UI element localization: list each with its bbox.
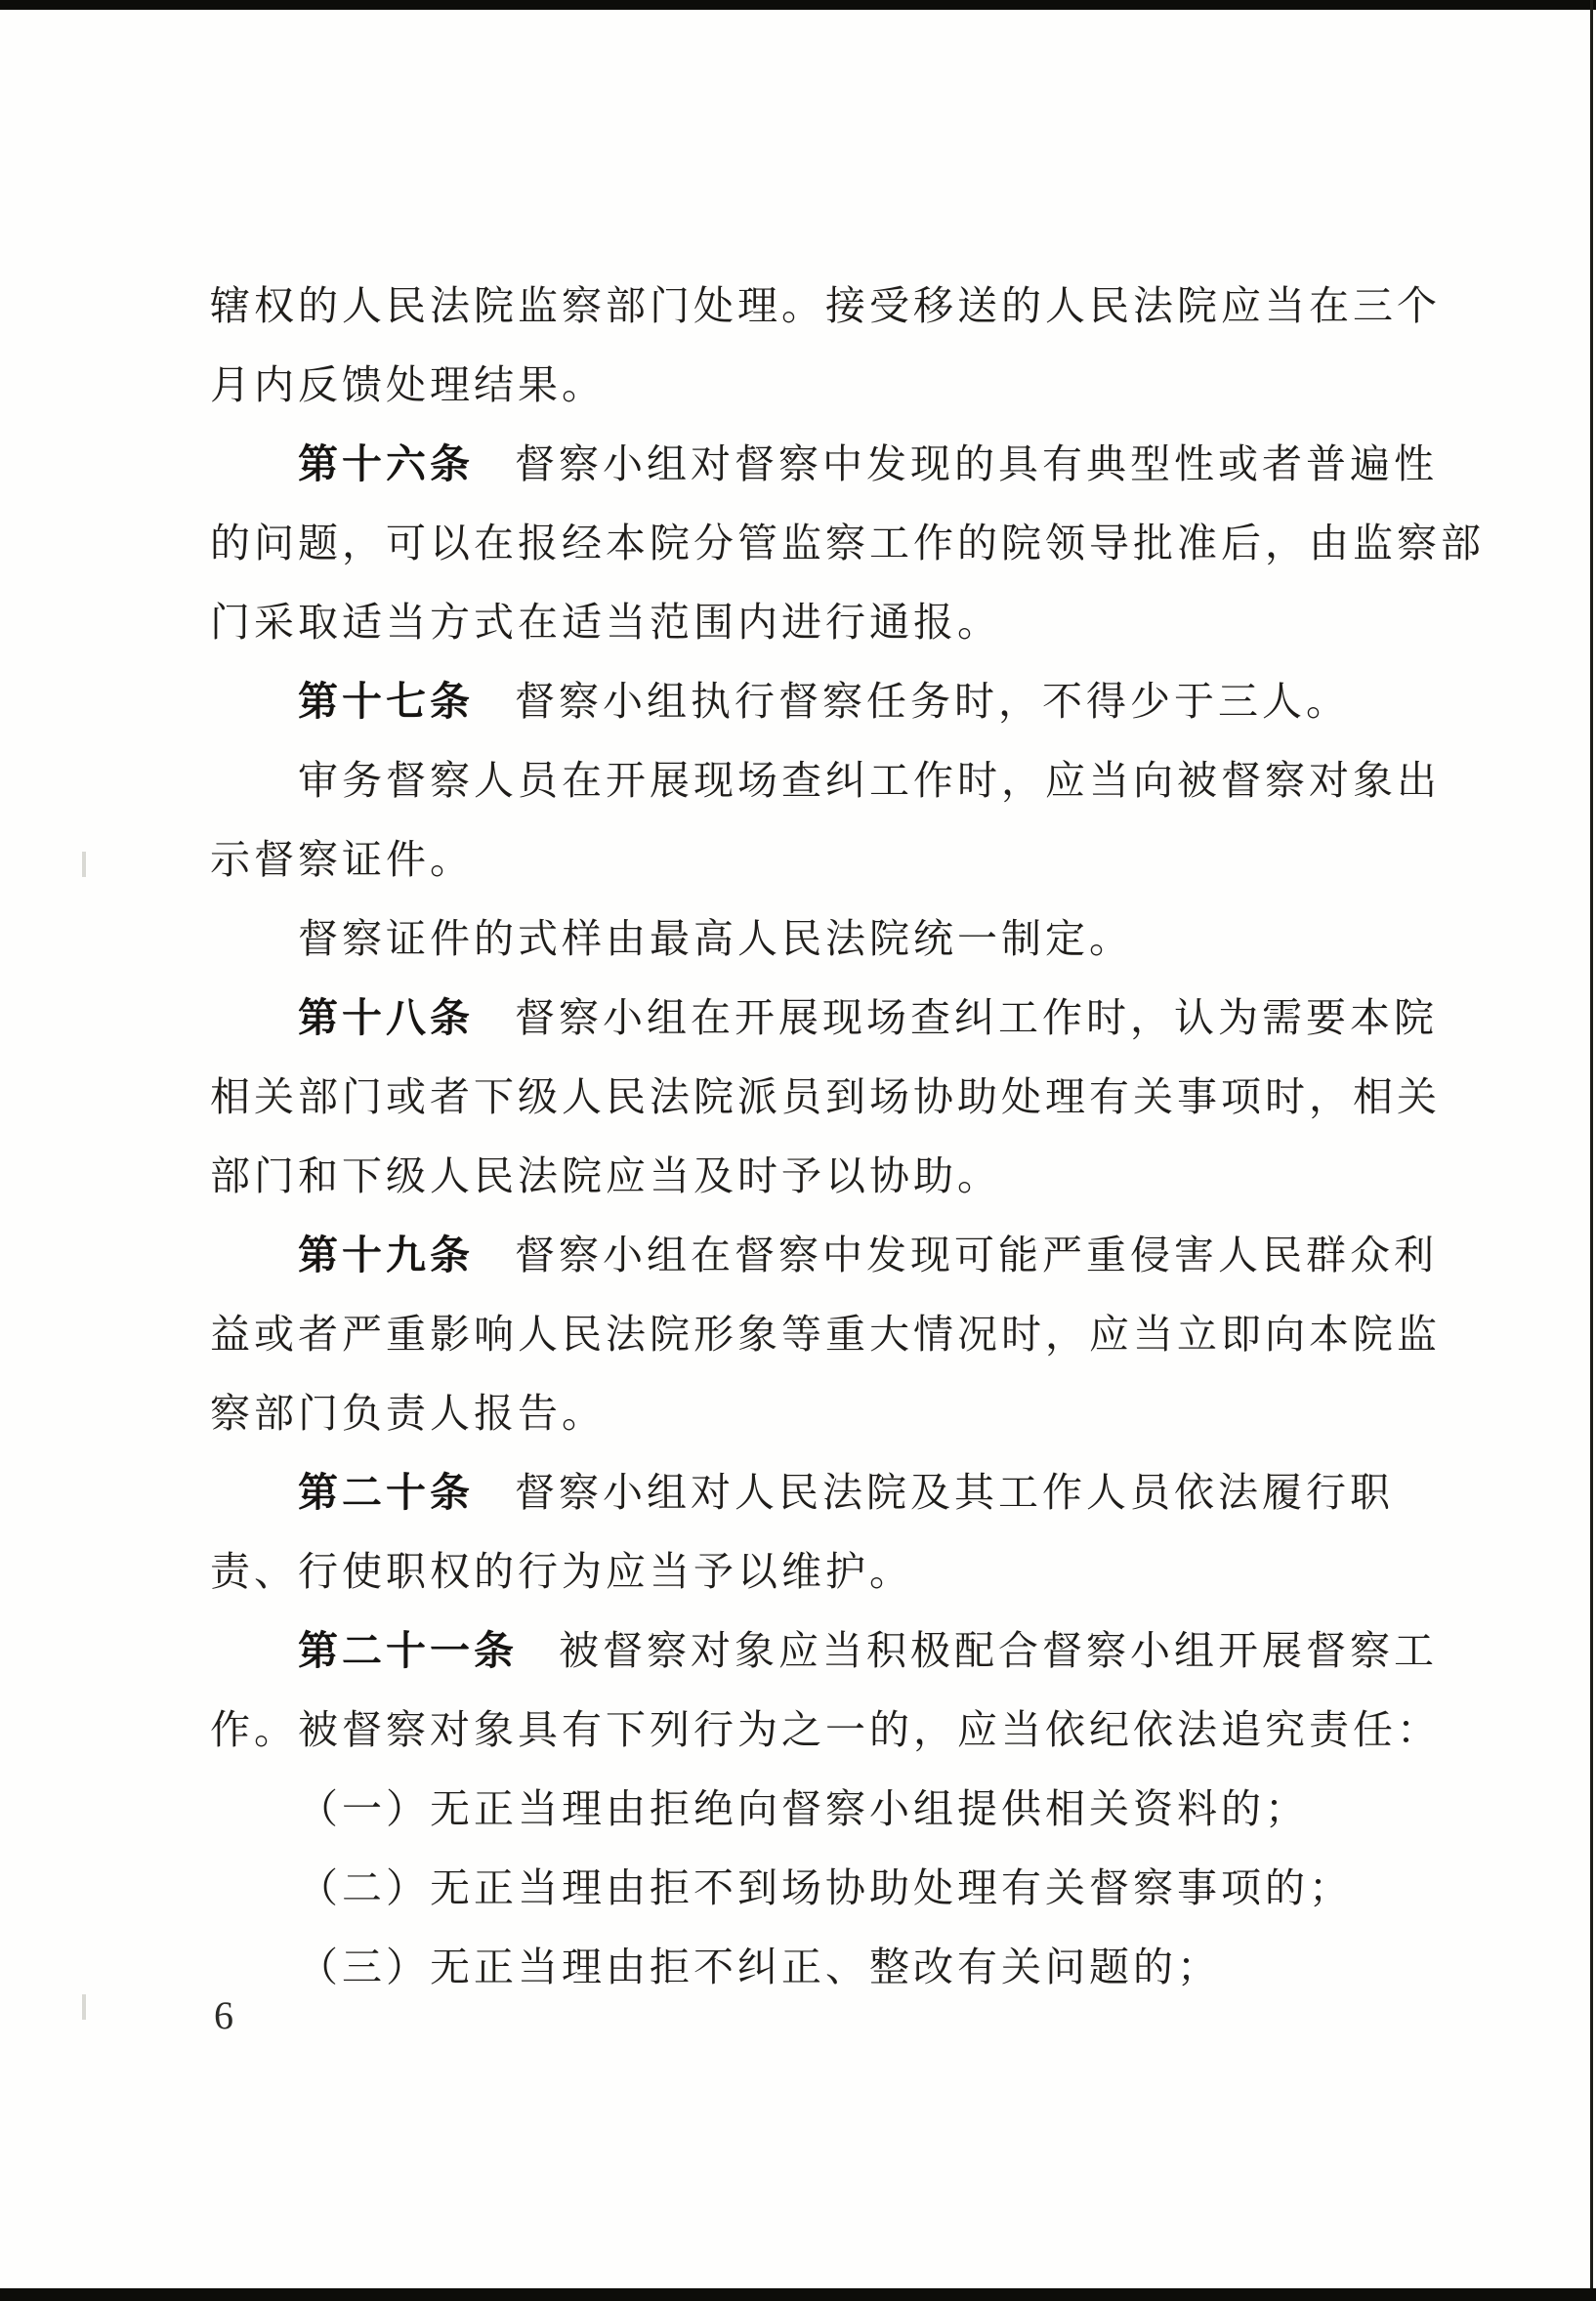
line-text: 辖权的人民法院监察部门处理。接受移送的人民法院应当在三个 — [210, 283, 1441, 328]
line-text: 察部门负责人报告。 — [210, 1391, 606, 1436]
line-text: 作。被督察对象具有下列行为之一的，应当依纪依法追究责任： — [210, 1707, 1441, 1752]
line-text: 督察小组对督察中发现的具有典型性或者普遍性 — [515, 441, 1438, 486]
text-line: 辖权的人民法院监察部门处理。接受移送的人民法院应当在三个 — [210, 267, 1480, 346]
text-line: 部门和下级人民法院应当及时予以协助。 — [210, 1137, 1480, 1216]
text-line: 审务督察人员在开展现场查纠工作时，应当向被督察对象出 — [210, 741, 1480, 820]
line-text: 审务督察人员在开展现场查纠工作时，应当向被督察对象出 — [298, 758, 1441, 803]
line-text: 督察小组对人民法院及其工作人员依法履行职 — [515, 1470, 1394, 1515]
text-block: 辖权的人民法院监察部门处理。接受移送的人民法院应当在三个月内反馈处理结果。第十六… — [210, 267, 1480, 2007]
text-line: （三）无正当理由拒不纠正、整改有关问题的； — [210, 1928, 1480, 2007]
article-number: 第十六条 — [298, 441, 515, 486]
article-number: 第二十条 — [298, 1470, 515, 1515]
line-text: 相关部门或者下级人民法院派员到场协助处理有关事项时，相关 — [210, 1074, 1441, 1119]
text-line: 第十八条督察小组在开展现场查纠工作时，认为需要本院 — [210, 979, 1480, 1058]
text-line: （二）无正当理由拒不到场协助处理有关督察事项的； — [210, 1849, 1480, 1928]
text-line: 第二十一条被督察对象应当积极配合督察小组开展督察工 — [210, 1611, 1480, 1691]
line-text: 益或者严重影响人民法院形象等重大情况时，应当立即向本院监 — [210, 1312, 1441, 1357]
line-text: 的问题，可以在报经本院分管监察工作的院领导批准后，由监察部 — [210, 521, 1485, 565]
text-line: 门采取适当方式在适当范围内进行通报。 — [210, 583, 1480, 662]
text-line: 察部门负责人报告。 — [210, 1374, 1480, 1453]
line-text: 督察小组执行督察任务时，不得少于三人。 — [515, 679, 1350, 724]
text-line: 第十六条督察小组对督察中发现的具有典型性或者普遍性 — [210, 425, 1480, 504]
text-line: 的问题，可以在报经本院分管监察工作的院领导批准后，由监察部 — [210, 504, 1480, 583]
article-number: 第十九条 — [298, 1233, 515, 1277]
line-text: 督察小组在开展现场查纠工作时，认为需要本院 — [515, 995, 1438, 1040]
scan-edge-top — [0, 0, 1596, 10]
line-text: 被督察对象应当积极配合督察小组开展督察工 — [559, 1628, 1438, 1673]
line-text: 月内反馈处理结果。 — [210, 362, 606, 407]
text-line: 第十七条督察小组执行督察任务时，不得少于三人。 — [210, 662, 1480, 741]
line-text: 示督察证件。 — [210, 837, 474, 882]
text-line: 第二十条督察小组对人民法院及其工作人员依法履行职 — [210, 1453, 1480, 1532]
text-line: 作。被督察对象具有下列行为之一的，应当依纪依法追究责任： — [210, 1691, 1480, 1770]
line-text: 责、行使职权的行为应当予以维护。 — [210, 1549, 913, 1594]
line-text: 督察证件的式样由最高人民法院统一制定。 — [298, 916, 1133, 961]
text-line: 第十九条督察小组在督察中发现可能严重侵害人民群众利 — [210, 1216, 1480, 1295]
page-number: 6 — [214, 1994, 233, 2037]
text-line: 相关部门或者下级人民法院派员到场协助处理有关事项时，相关 — [210, 1058, 1480, 1137]
document-page: 辖权的人民法院监察部门处理。接受移送的人民法院应当在三个月内反馈处理结果。第十六… — [0, 0, 1596, 2301]
line-text: （二）无正当理由拒不到场协助处理有关督察事项的； — [298, 1865, 1353, 1910]
text-line: 督察证件的式样由最高人民法院统一制定。 — [210, 899, 1480, 979]
text-line: 月内反馈处理结果。 — [210, 346, 1480, 425]
scan-edge-bottom — [0, 2288, 1596, 2301]
text-line: 责、行使职权的行为应当予以维护。 — [210, 1532, 1480, 1611]
text-line: 示督察证件。 — [210, 820, 1480, 899]
scan-artifact — [82, 1994, 86, 2020]
article-number: 第十八条 — [298, 995, 515, 1040]
text-line: （一）无正当理由拒绝向督察小组提供相关资料的； — [210, 1770, 1480, 1849]
scan-edge-right — [1590, 0, 1593, 2301]
line-text: 门采取适当方式在适当范围内进行通报。 — [210, 600, 1001, 645]
article-number: 第十七条 — [298, 679, 515, 724]
line-text: （一）无正当理由拒绝向督察小组提供相关资料的； — [298, 1786, 1309, 1831]
line-text: （三）无正当理由拒不纠正、整改有关问题的； — [298, 1945, 1221, 1989]
article-number: 第二十一条 — [298, 1628, 559, 1673]
text-line: 益或者严重影响人民法院形象等重大情况时，应当立即向本院监 — [210, 1295, 1480, 1374]
scan-artifact — [82, 852, 86, 877]
line-text: 部门和下级人民法院应当及时予以协助。 — [210, 1153, 1001, 1198]
line-text: 督察小组在督察中发现可能严重侵害人民群众利 — [515, 1233, 1438, 1277]
